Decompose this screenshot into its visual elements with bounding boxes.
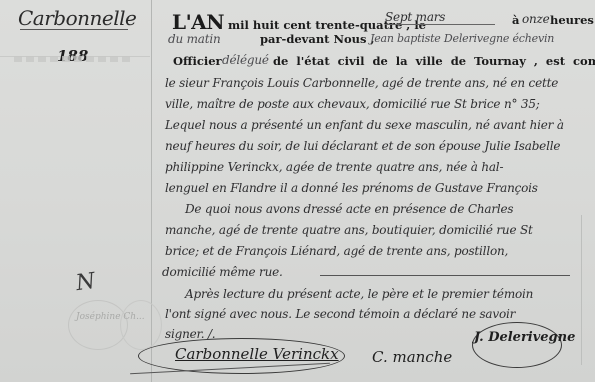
hour-fill: onze: [522, 12, 550, 26]
officer-signature-flourish: [472, 322, 562, 368]
printed-officier: Officier: [173, 54, 222, 68]
faded-stamp-text: Joséphine Ch...: [76, 312, 145, 322]
body-line: manche, agé de trente quatre ans, boutiq…: [165, 223, 533, 237]
bleed-through-text: [14, 56, 134, 62]
right-border-line: [581, 215, 582, 365]
body-line: Lequel nous a présenté un enfant du sexe…: [165, 118, 564, 132]
closing-line: l'ont signé avec nous. Le second témoin …: [165, 307, 515, 321]
faded-stamp: [68, 300, 128, 350]
document-page: Carbonnelle 188 N Joséphine Ch... L'AN m…: [0, 0, 595, 382]
body-line: domicilié même rue.: [162, 265, 283, 279]
printed-line-3: de l'état civil de la ville de Tournay ,…: [273, 54, 595, 68]
body-line: neuf heures du soir, de lui déclarant et…: [165, 139, 560, 153]
margin-surname-underline: [20, 29, 128, 30]
body-line: ville, maître de poste aux chevaux, domi…: [165, 97, 540, 111]
father-signature: Carbonnelle Verinckx: [175, 345, 339, 363]
printed-heures: heures: [550, 13, 594, 27]
officer-role-fill: délégué: [222, 53, 269, 67]
margin-annotation-mark: N: [74, 269, 97, 296]
officer-name-fill: Jean baptiste Delerivegne échevin: [370, 32, 554, 45]
witness-signature: C. manche: [372, 348, 452, 366]
date-fill: Sept mars: [385, 10, 495, 25]
body-line: brice; et de François Liénard, agé de tr…: [165, 244, 508, 258]
printed-a: à: [512, 13, 519, 27]
margin-surname: Carbonnelle: [18, 6, 136, 30]
body-line: lenguel en Flandre il a donné les prénom…: [165, 181, 538, 195]
faded-stamp-secondary: [120, 300, 162, 350]
line-filler-dash: [320, 275, 570, 276]
body-line: le sieur François Louis Carbonnelle, agé…: [165, 76, 558, 90]
body-line: philippine Verinckx, agée de trente quat…: [165, 160, 503, 174]
body-line: De quoi nous avons dressé acte en présen…: [185, 202, 513, 216]
closing-line: Après lecture du présent acte, le père e…: [185, 287, 533, 301]
l-an-heading: L'AN: [172, 10, 224, 34]
officer-signature: J. Delerivegne: [474, 330, 575, 345]
printed-line-2: par-devant Nous ,: [260, 32, 375, 46]
time-of-day-fill: du matin: [168, 32, 221, 46]
